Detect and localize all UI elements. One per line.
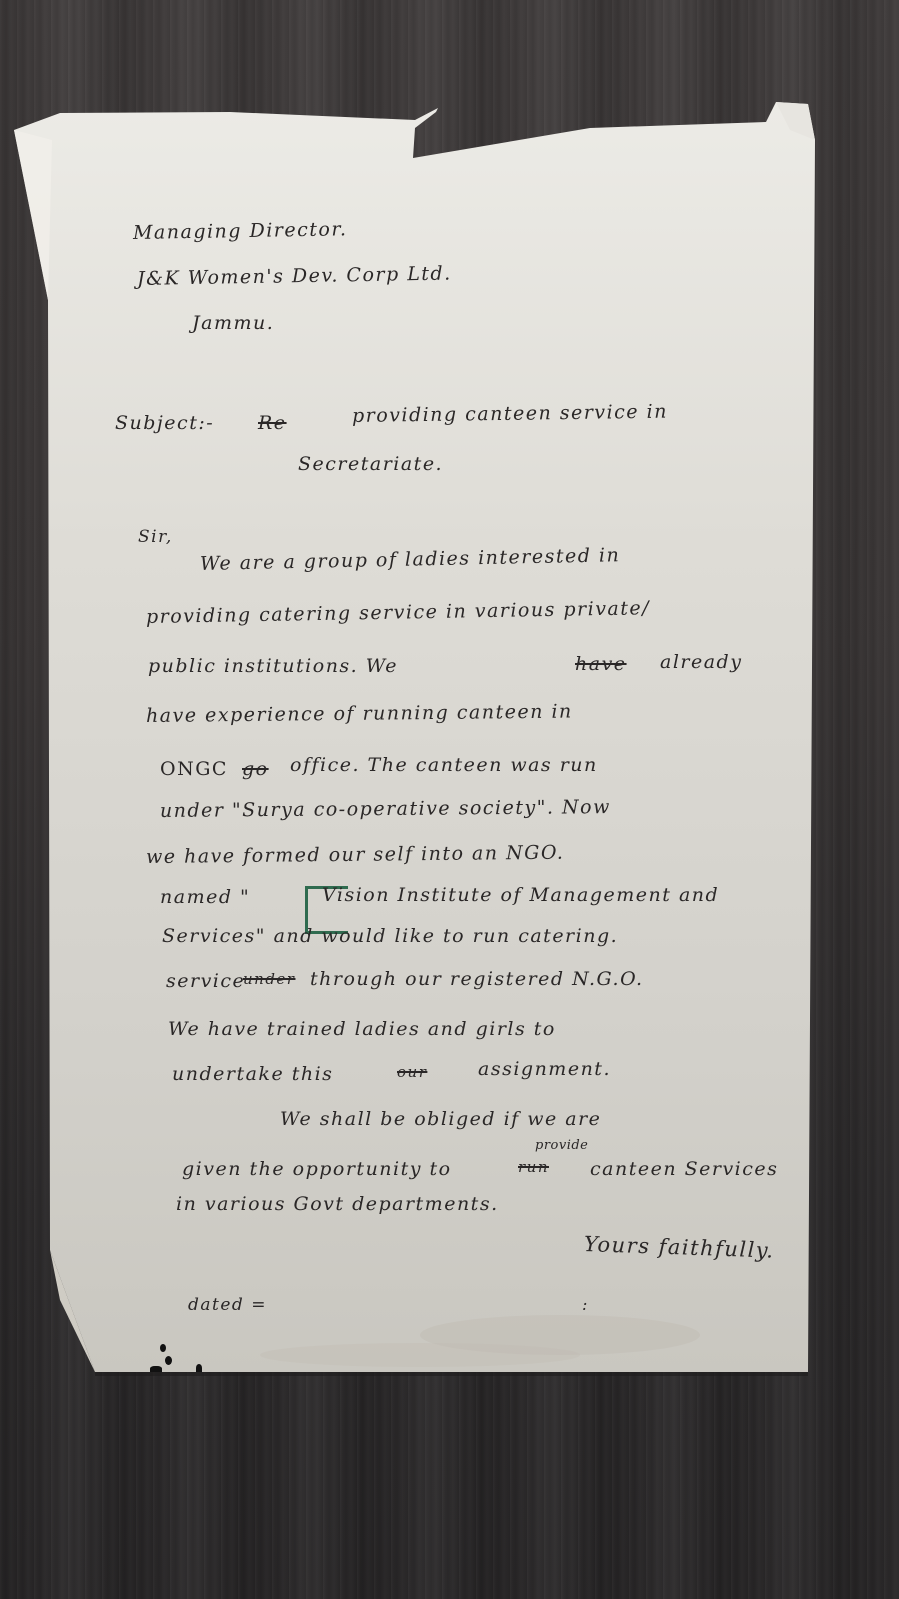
- subject-line-2: Secretariate.: [298, 453, 443, 475]
- body-line-3: public institutions. We: [148, 655, 398, 677]
- subject-label: Subject:-: [115, 412, 214, 434]
- body-line-10: Services" and would like to run catering…: [162, 925, 618, 947]
- closing-line-1: We shall be obliged if we are: [280, 1108, 601, 1130]
- body-line-5a: ONGC: [160, 758, 228, 780]
- body-line-11b: through our registered N.G.O.: [310, 968, 644, 990]
- body-line-13a: undertake this: [172, 1063, 333, 1085]
- body-already: already: [660, 651, 742, 673]
- ink-blot: [150, 1366, 162, 1372]
- body-line-5b: office. The canteen was run: [290, 754, 598, 776]
- closing-line-2-struck: run: [518, 1158, 549, 1176]
- closing-line-2-start: given the opportunity to: [182, 1158, 452, 1180]
- body-line-9: Vision Institute of Management and: [322, 884, 719, 906]
- body-struck-go: go: [242, 758, 269, 780]
- salutation: Sir,: [138, 527, 173, 547]
- dated-label: dated =: [188, 1295, 267, 1315]
- body-line-7: we have formed our self into an NGO.: [146, 842, 565, 868]
- ink-blot: [160, 1344, 166, 1352]
- body-line-11a: service: [166, 970, 245, 992]
- closing-insert-provide: provide: [535, 1138, 588, 1153]
- body-line-12: We have trained ladies and girls to: [168, 1018, 556, 1040]
- closing-line-3: in various Govt departments.: [176, 1193, 499, 1215]
- colon-mark: :: [582, 1295, 589, 1314]
- body-struck-our: our: [397, 1063, 427, 1081]
- ink-blot: [165, 1356, 172, 1365]
- body-line-8: named ": [160, 886, 250, 908]
- subject-struck-word: Re: [258, 412, 287, 434]
- body-line-6: under "Surya co-operative society". Now: [160, 796, 611, 822]
- ink-blot: [196, 1364, 202, 1372]
- body-line-4: have experience of running canteen in: [146, 701, 573, 727]
- letter-sheet: Managing Director. J&K Women's Dev. Corp…: [0, 0, 899, 1599]
- closing-line-2-end: canteen Services: [590, 1158, 778, 1180]
- addressee-line-1: Managing Director.: [133, 218, 348, 244]
- addressee-line-3: Jammu.: [192, 312, 274, 334]
- subject-line-1: providing canteen service in: [352, 401, 668, 427]
- body-struck-have: have: [575, 653, 627, 675]
- body-line-13b: assignment.: [478, 1058, 611, 1080]
- body-struck-under: under: [243, 970, 295, 988]
